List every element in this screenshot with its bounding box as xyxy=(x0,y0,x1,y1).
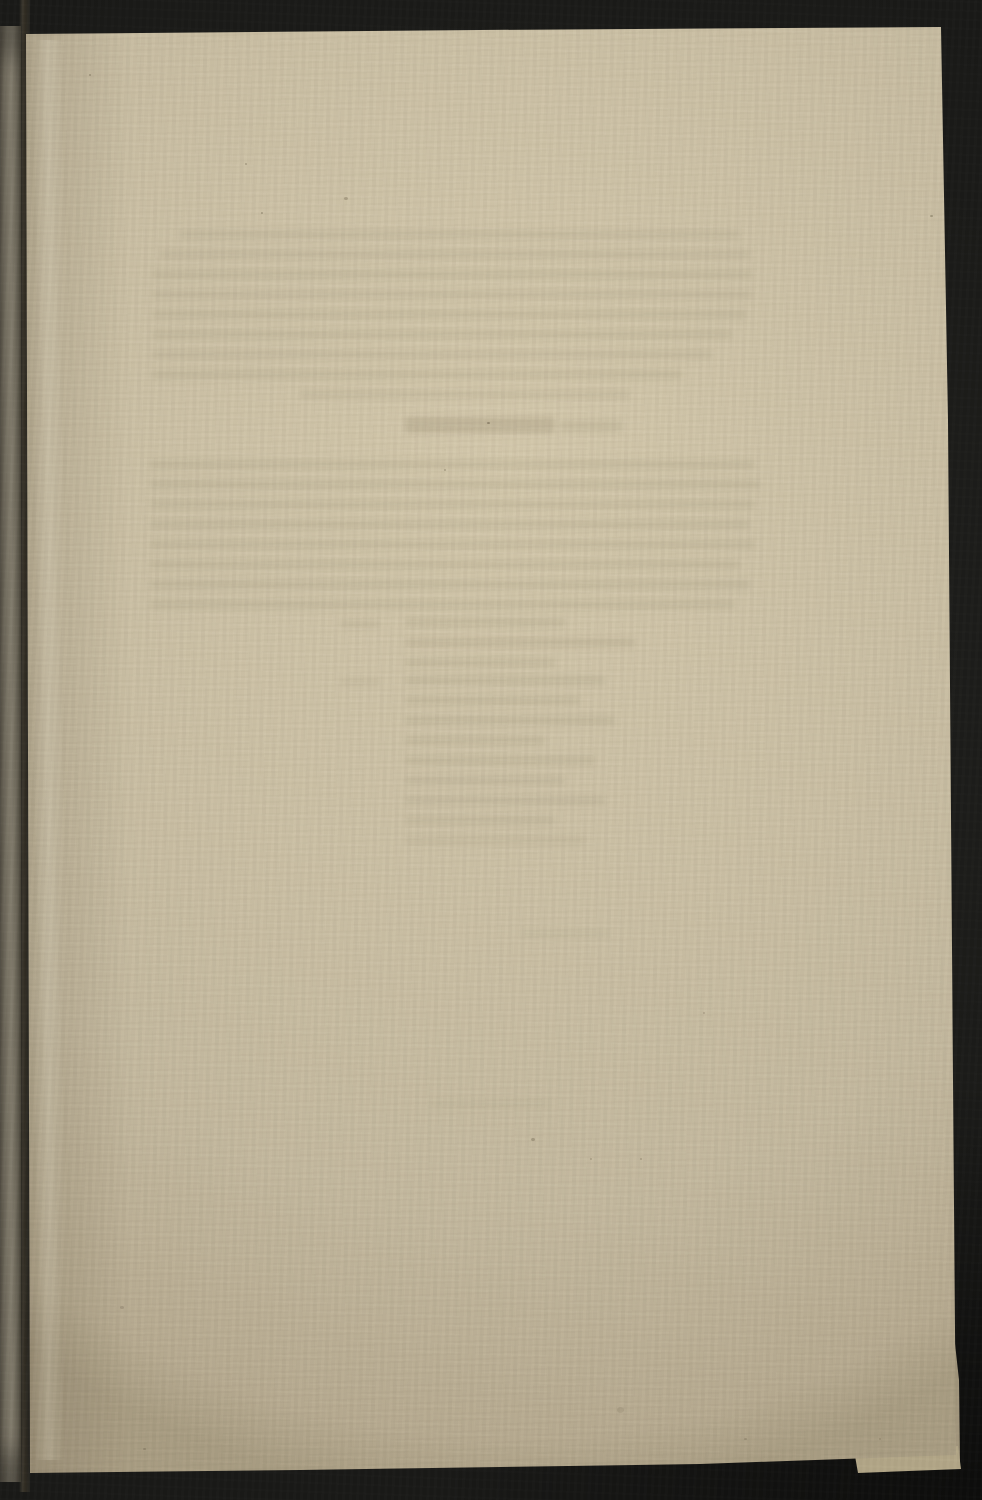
paper-speck xyxy=(344,197,348,200)
ghost-line xyxy=(405,716,615,725)
paper-speck xyxy=(879,1438,881,1440)
paper-speck xyxy=(531,1138,535,1141)
ghost-line xyxy=(405,776,565,785)
book-scan-background xyxy=(0,0,982,1500)
paper-speck xyxy=(245,163,247,165)
ghost-line xyxy=(405,638,635,647)
ghost-line xyxy=(340,620,380,628)
paper-speck xyxy=(930,215,933,217)
ghost-line xyxy=(520,930,610,938)
ghost-line xyxy=(160,250,750,259)
ghost-line xyxy=(405,696,580,705)
ghost-line xyxy=(150,600,735,609)
paper-speck xyxy=(640,1158,642,1160)
ghost-line xyxy=(150,520,750,529)
ghost-line xyxy=(180,230,740,239)
ghost-line xyxy=(150,500,755,509)
ghost-line xyxy=(152,330,732,339)
paper-speck xyxy=(120,1306,124,1309)
paper-speck xyxy=(487,422,490,424)
ghost-line xyxy=(405,736,545,745)
ghost-line xyxy=(150,580,750,589)
paper-speck xyxy=(444,469,446,471)
paper-speck xyxy=(590,1158,592,1160)
book-page xyxy=(0,0,982,1500)
paper-speck xyxy=(744,1438,747,1440)
ghost-line xyxy=(150,540,755,549)
ghost-line xyxy=(430,1100,550,1108)
ghost-line xyxy=(300,390,630,399)
ghost-line xyxy=(405,816,555,825)
show-through-text xyxy=(0,0,982,1500)
ghost-line xyxy=(405,676,605,685)
ghost-line xyxy=(150,560,740,569)
ghost-line xyxy=(405,756,595,765)
ghost-line xyxy=(560,420,622,432)
ghost-line xyxy=(150,460,755,469)
ghost-line xyxy=(152,310,747,319)
ghost-line xyxy=(340,678,380,686)
ghost-line xyxy=(405,417,555,433)
ghost-line xyxy=(152,350,712,359)
ghost-line xyxy=(405,658,555,667)
paper-speck xyxy=(261,212,263,214)
book-pages-edge xyxy=(0,26,21,1482)
ghost-line xyxy=(152,270,752,279)
paper-speck xyxy=(703,1012,705,1014)
ghost-line xyxy=(152,370,682,379)
paper-speck xyxy=(89,74,91,76)
ghost-line xyxy=(405,618,565,627)
paper-speck xyxy=(143,1448,146,1450)
ghost-line xyxy=(405,796,605,805)
paper-speck xyxy=(617,1407,624,1413)
ghost-line xyxy=(152,290,752,299)
ghost-line xyxy=(150,480,760,489)
ghost-line xyxy=(405,836,585,845)
